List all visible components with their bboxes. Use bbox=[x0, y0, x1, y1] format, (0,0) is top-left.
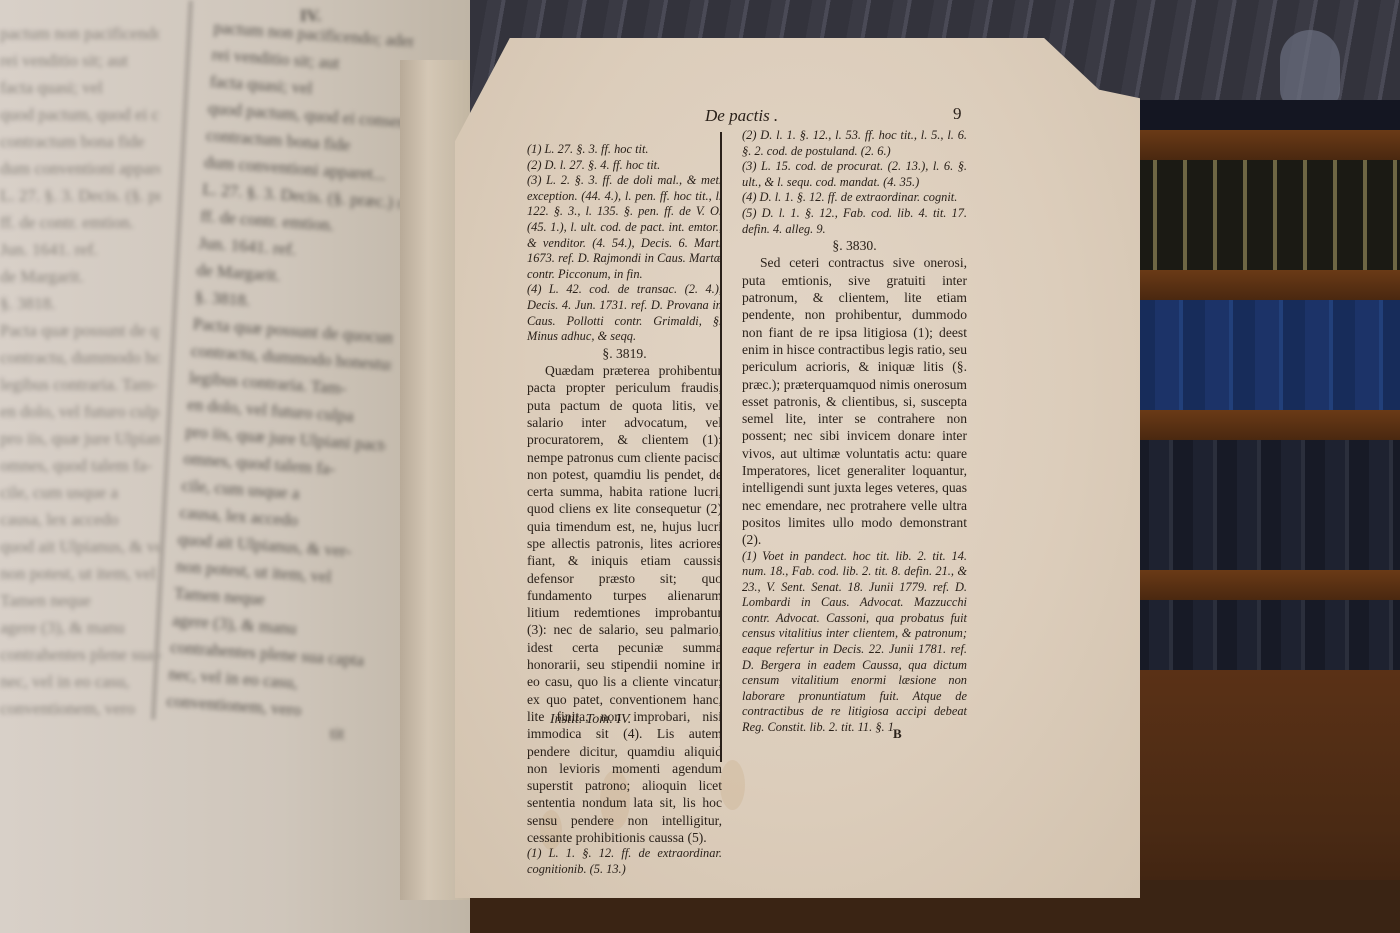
section-number: §. 3830. bbox=[742, 237, 967, 254]
footnote: (4) D. l. 1. §. 12. ff. de extraordinar.… bbox=[742, 190, 967, 206]
section-number: §. 3819. bbox=[527, 345, 722, 362]
footnote: (2) D. l. 1. §. 12., l. 53. ff. hoc tit.… bbox=[742, 128, 967, 159]
footnote: (1) Voet in pandect. hoc tit. lib. 2. ti… bbox=[742, 549, 967, 736]
page-number: 9 bbox=[953, 104, 962, 124]
footnote: (1) L. 1. §. 12. ff. de extraordinar. co… bbox=[527, 846, 722, 877]
footnote: (4) L. 42. cod. de transac. (2. 4.), Dec… bbox=[527, 282, 722, 344]
left-column: (1) L. 27. §. 3. ff. hoc tit. (2) D. l. … bbox=[527, 142, 722, 878]
body-paragraph: Sed ceteri contractus sive onerosi, puta… bbox=[742, 254, 967, 548]
footnote: (1) L. 27. §. 3. ff. hoc tit. bbox=[527, 142, 722, 158]
running-head: De pactis . bbox=[705, 106, 778, 126]
signature-mark: B bbox=[893, 726, 902, 742]
body-paragraph: Quædam præterea prohibentur pacta propte… bbox=[527, 362, 722, 846]
footnote: (2) D. l. 27. §. 4. ff. hoc tit. bbox=[527, 158, 722, 174]
right-column: (2) D. l. 1. §. 12., l. 53. ff. hoc tit.… bbox=[742, 128, 967, 736]
footnote: (3) L. 2. §. 3. ff. de doli mal., & met.… bbox=[527, 173, 722, 282]
signature-line: Instit. Tom. IV. bbox=[550, 712, 631, 728]
footnote: (3) L. 15. cod. de procurat. (2. 13.), l… bbox=[742, 159, 967, 190]
page-content: De pactis . 9 (1) L. 27. §. 3. ff. hoc t… bbox=[0, 0, 1400, 933]
footnote: (5) D. l. 1. §. 12., Fab. cod. lib. 4. t… bbox=[742, 206, 967, 237]
